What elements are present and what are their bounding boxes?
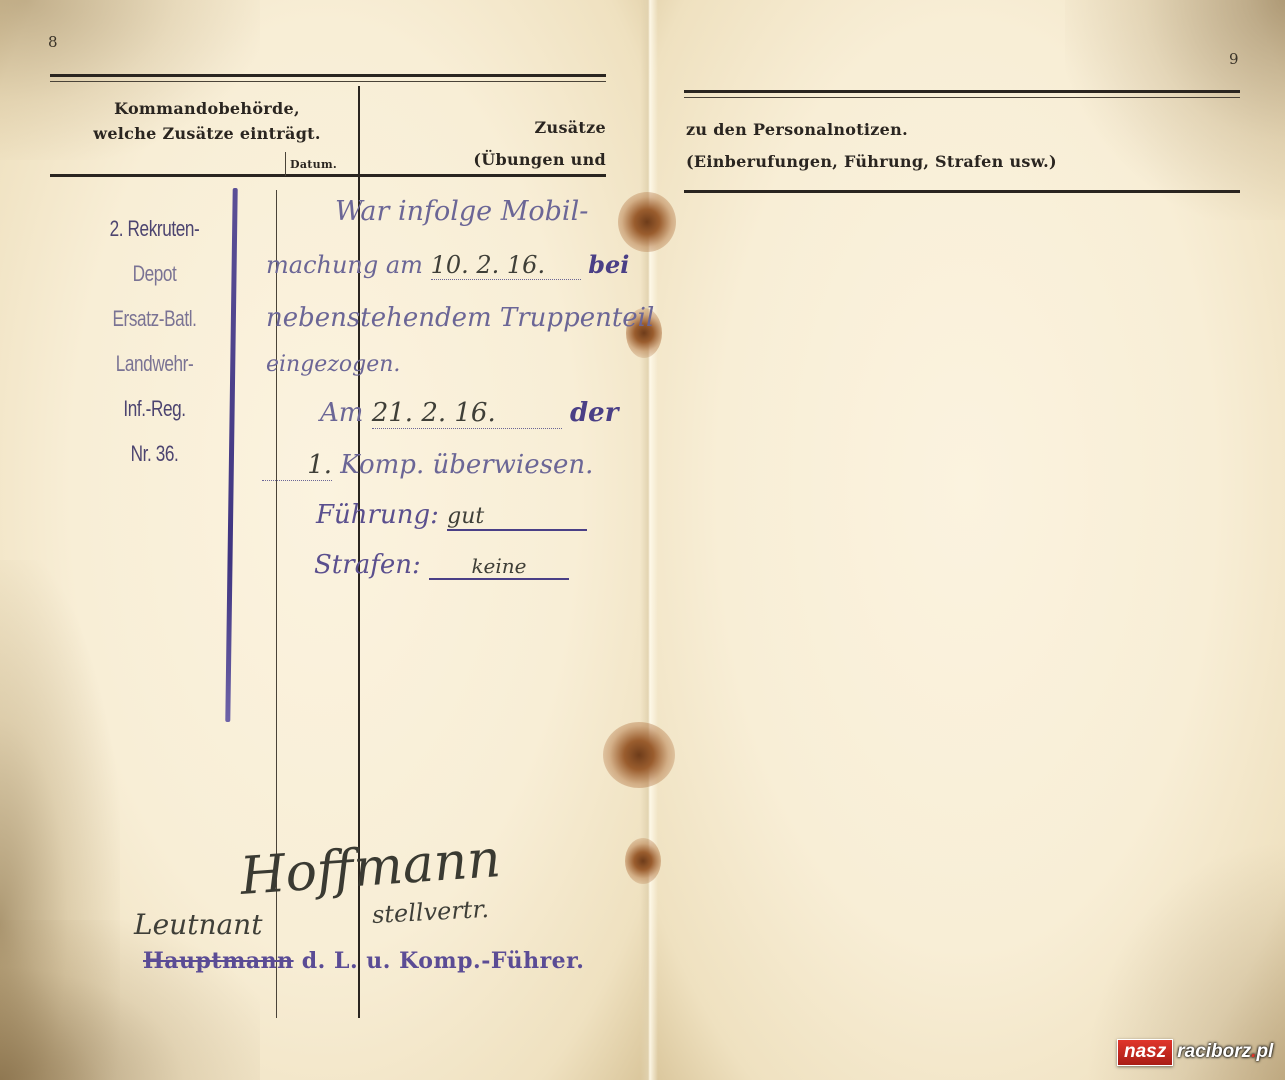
site-watermark: nasz raciborz.pl <box>1117 1037 1273 1067</box>
header-additions-line2: (Übungen und <box>400 144 606 176</box>
header-personal-notes: zu den Personalnotizen. (Einberufungen, … <box>686 114 1057 178</box>
watermark-badge: nasz <box>1117 1039 1173 1066</box>
entry-line3: nebenstehendem Truppenteil <box>266 303 654 333</box>
header-top-rule <box>50 74 606 77</box>
header-additions: Zusätze (Übungen und <box>400 112 606 176</box>
entry-line5: Am 21. 2. 16. der <box>320 398 618 429</box>
header-command-line1: Kommandobehörde, <box>62 96 352 121</box>
rust-stain <box>603 722 675 788</box>
rust-stain <box>625 838 661 884</box>
page-number-left: 8 <box>48 33 58 51</box>
page-number-right: 9 <box>1229 50 1239 68</box>
age-stain <box>0 920 260 1080</box>
header-datum: Datum. <box>290 158 337 171</box>
header-top-rule-thin <box>50 81 606 82</box>
datum-divider <box>285 152 286 176</box>
penalties-label: Strafen: <box>314 550 421 580</box>
entry-line1: War infolge Mobil- <box>335 196 588 227</box>
entry-line6: 1. Komp. überwiesen. <box>262 450 593 481</box>
stamp-line: Ersatz-Batl. <box>96 296 213 341</box>
conduct-row: Führung: gut <box>316 500 587 531</box>
entry-line5-prefix: Am <box>320 398 363 428</box>
stamp-line: Nr. 36. <box>96 431 213 476</box>
header-additions-line1: Zusätze <box>400 112 606 144</box>
watermark-tld: pl <box>1256 1041 1273 1062</box>
stamp-line: Inf.-Reg. <box>96 386 213 431</box>
conduct-label: Führung: <box>316 500 439 530</box>
rank-stamp-struck: Hauptmann <box>143 948 294 974</box>
mobilization-date: 10. 2. 16. <box>431 251 581 280</box>
penalties-value: keine <box>429 554 569 580</box>
company-number: 1. <box>262 450 332 481</box>
rank-stamp-suffix: d. L. u. Komp.-Führer. <box>302 948 585 974</box>
entry-line6-text: Komp. überwiesen. <box>340 450 593 480</box>
penalties-row: Strafen: keine <box>314 550 569 580</box>
header-command-line2: welche Zusätze einträgt. <box>62 121 352 146</box>
entry-line5-suffix: der <box>570 398 618 428</box>
entry-line4: eingezogen. <box>266 352 400 377</box>
header-command-authority: Kommandobehörde, welche Zusätze einträgt… <box>62 96 352 146</box>
stamp-line: Depot <box>96 251 213 296</box>
watermark-name: raciborz <box>1177 1041 1251 1062</box>
entry-line2-suffix: bei <box>588 250 629 279</box>
book-gutter <box>640 0 658 1080</box>
header-personal-notes-line2: (Einberufungen, Führung, Strafen usw.) <box>686 146 1057 178</box>
age-stain <box>1065 0 1285 220</box>
conduct-value: gut <box>447 504 587 531</box>
right-header-top-rule <box>684 90 1240 93</box>
entry-line2-prefix: machung am <box>266 251 423 279</box>
transfer-date: 21. 2. 16. <box>372 398 562 429</box>
entry-line2: machung am 10. 2. 16. bei <box>266 250 629 280</box>
right-header-top-rule-thin <box>684 97 1240 98</box>
rust-stain <box>618 192 676 252</box>
signature-rank-handwritten: Leutnant <box>134 908 262 941</box>
document-spread: 8 Kommandobehörde, welche Zusätze einträ… <box>0 0 1285 1080</box>
stamp-line: 2. Rekruten- <box>96 206 213 251</box>
unit-stamp: 2. Rekruten- Depot Ersatz-Batl. Landwehr… <box>96 206 213 476</box>
watermark-text: raciborz.pl <box>1177 1041 1273 1063</box>
right-header-bottom-rule <box>684 190 1240 193</box>
header-personal-notes-line1: zu den Personalnotizen. <box>686 114 1057 146</box>
rank-stamp: Hauptmann d. L. u. Komp.-Führer. <box>143 948 584 974</box>
stamp-line: Landwehr- <box>96 341 213 386</box>
